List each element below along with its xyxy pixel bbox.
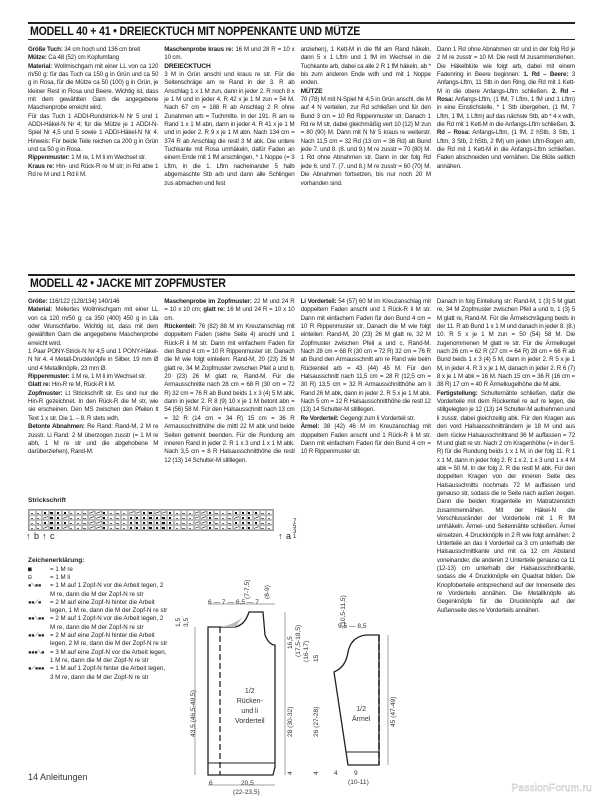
chart-cell: [36, 525, 43, 530]
chart-cell: [233, 525, 240, 530]
legend-title: Zeichenerklärung:: [28, 557, 168, 565]
subheading-dreiecktuch: DREIECKTUCH: [164, 63, 294, 71]
chart-cell: [88, 525, 95, 530]
chart-title: Strickschrift: [28, 497, 318, 504]
text-back: 76 (82) 88 M im Kreuzanschlag mit doppel…: [164, 323, 294, 464]
chart-cell: [167, 525, 174, 530]
text-dreiecktuch: 3 M in Grün anschl und kraus re str. Für…: [164, 71, 294, 188]
chart-cell: [95, 525, 102, 530]
section-title: MODELL 42 • JACKE MIT ZOPFMUSTER: [30, 278, 531, 290]
sleeve-outline-icon: [326, 587, 466, 797]
body-extra-h-alt: (16-17): [303, 641, 310, 662]
arrow-up-icon: ↑: [42, 531, 47, 541]
knit-stitch-icon: ■: [28, 566, 50, 574]
text-stockinette: Hin-R re M, Rück-R li M.: [50, 381, 115, 388]
chart-cell: [214, 525, 221, 530]
arrow-label-b: b: [34, 531, 39, 541]
section-title: MODELL 40 + 41 • DREIECKTUCH MIT NOPPENK…: [30, 26, 531, 38]
watermark: PassionForum.ru: [511, 783, 592, 794]
cable-1-3-back-icon: ▪⟋▪▪▪: [28, 665, 50, 682]
section1-col2: Maschenprobe kraus re: 16 M und 28 R = 1…: [164, 46, 294, 274]
legend-item: ▪▪⟋▪= 2 M auf eine Zopf-N hinter die Arb…: [28, 599, 168, 616]
schematic-body: 1/2 Rücken- und li Vorderteil 6 — 7 — 6,…: [173, 587, 323, 797]
text-sleeve: 38 (42) 46 M im Kreuzanschlag mit doppel…: [301, 423, 431, 455]
sleeve-top: 9,5 — 8,5: [338, 623, 367, 630]
text-rib: 1 M re, 1 M li im Wechsel str.: [70, 373, 146, 380]
label-right-front: Re Vorderteil:: [301, 415, 339, 422]
chart-cell: [200, 525, 207, 530]
section1-col4: Dann 1 Rd ohne Abnahmen str und in der f…: [437, 46, 575, 274]
chart-cell: [194, 525, 201, 530]
cable-2-2-front-icon: ▪▪⟍▪▪: [28, 615, 50, 632]
chart-cell: [174, 525, 181, 530]
chart-cell: [187, 525, 194, 530]
label-gauge-stockinette: glatt re:: [203, 306, 225, 313]
label-cable: Zopfmuster:: [28, 390, 62, 397]
body-label: 1/2 Rücken- und li Vorderteil: [235, 687, 265, 727]
cable-3-1-front-icon: ▪▪▪⟍▪: [28, 649, 50, 666]
body-extra-h3: 4: [313, 771, 320, 775]
label-gauge: Maschenprobe kraus re:: [164, 46, 233, 53]
section2-col3: Li Vorderteil: 54 (57) 60 M im Kreuzansc…: [301, 298, 431, 615]
arrow-label-a: a: [286, 531, 291, 541]
text-size: 116/122 (128/134) 140/146: [47, 298, 119, 305]
chart-cell: [49, 525, 56, 530]
subheading-muetze: MÜTZE: [301, 88, 431, 96]
text-right-front: Gegengl zum li Vorderteil str.: [339, 415, 415, 422]
chart-cell: [266, 525, 273, 530]
chart-cell: [247, 525, 254, 530]
text-needles: 1 Paar PONY-Strick-N Nr 4,5 und 1 PONY-H…: [28, 348, 158, 372]
sleeve-label: 1/2 Ärmel: [352, 705, 370, 725]
text-left-front: 54 (57) 60 M im Kreuzanschlag mit doppel…: [301, 298, 431, 413]
label-material: Material:: [28, 306, 52, 313]
legend-item: ▪▪▪⟍▪= 3 M auf eine Zopf-N vor die Arbei…: [28, 649, 168, 666]
body-right-h1-alt: (17,5-18,5): [295, 625, 302, 657]
text-edge: anziehen), 1 Kett-M in die fM am Rand hä…: [301, 46, 431, 88]
body-top-alt1: (7-7,5): [244, 580, 251, 599]
chart-cell: [135, 525, 142, 530]
chart-cell: [253, 525, 260, 530]
body-top-widths: 6 — 7 — 6,5 — 7: [208, 599, 259, 606]
chart-cell: [240, 525, 247, 530]
section2-col4: Danach in folg Einteilung str: Rand-M, 1…: [437, 298, 575, 615]
purl-stitch-icon: ⊟: [28, 574, 50, 582]
label-round1: 1. Rd – Beere:: [523, 71, 568, 78]
body-right-h2: 28 (30-32): [287, 707, 294, 737]
cable-1-2-front-icon: ▪⟍▪▪: [28, 582, 50, 599]
chart-cell: [115, 525, 122, 530]
legend-item: ⊟= 1 M li: [28, 574, 168, 582]
label-sleeve: Ärmel:: [301, 423, 320, 430]
page-footer: 14 Anleitungen: [28, 772, 88, 782]
section1-col1: Größe Tuch: 34 cm hoch und 136 cm breit …: [28, 46, 158, 274]
label-rib: Rippenmuster:: [28, 154, 70, 161]
label-back: Rückenteil:: [164, 323, 196, 330]
arrow-up-icon: ↑: [26, 531, 31, 541]
chart-cell: [75, 525, 82, 530]
text-rib: 1 M re, 1 M li im Wechsel str.: [70, 154, 146, 161]
text-finishing: Schulternähte schließen, dafür die Vorde…: [437, 390, 575, 614]
body-right-h3: 4: [287, 771, 294, 775]
body-left-top1: 1,5: [175, 618, 182, 627]
label-finishing: Fertigstellung:: [437, 390, 478, 397]
legend-item: ▪⟍▪▪= 1 M auf 1 Zopf-N vor die Arbeit le…: [28, 582, 168, 599]
chart-cell: [260, 525, 267, 530]
cable-2-1-back-icon: ▪▪⟋▪: [28, 599, 50, 616]
label-hat: Mütze:: [28, 54, 47, 61]
body-extra-h: 15: [313, 655, 320, 662]
chart-cell: [55, 525, 62, 530]
chart-cell: [148, 525, 155, 530]
section1-col3: anziehen), 1 Kett-M in die fM am Rand hä…: [301, 46, 431, 274]
arrow-up-icon: ↑: [278, 531, 283, 541]
chart-cell: [220, 525, 227, 530]
body-extra-h2: 26 (27-28): [313, 707, 320, 737]
chart-legend: Zeichenerklärung: ■= 1 M re ⊟= 1 M li ▪⟍…: [28, 557, 168, 681]
label-size: Größe:: [28, 298, 47, 305]
sleeve-bottom-left: 4: [334, 770, 338, 777]
chart-cell: [42, 525, 49, 530]
section-header-modell-42: MODELL 42 • JACKE MIT ZOPFMUSTER: [28, 274, 575, 292]
body-left-height: 43,5 (46,5-49,5): [190, 690, 197, 737]
arrow-label-c: c: [50, 531, 55, 541]
chart-cell: [108, 525, 115, 530]
label-rib: Rippenmuster:: [28, 373, 70, 380]
knitting-chart-grid: [28, 509, 274, 531]
chart-cell: [62, 525, 69, 530]
section-header-modell-40-41: MODELL 40 + 41 • DREIECKTUCH MIT NOPPENK…: [28, 22, 575, 40]
sleeve-bottom: 9: [354, 770, 358, 777]
chart-arrows: ↑ b ↑ c ↑ a: [28, 531, 318, 545]
chart-cell: [69, 525, 76, 530]
legend-item: ■= 1 M re: [28, 566, 168, 574]
chart-cell: [82, 525, 89, 530]
chart-cell: [154, 525, 161, 530]
legend-item: ▪▪⟍▪▪= 2 M auf 1 Zopf-N vor die Arbeit l…: [28, 615, 168, 632]
label-gauge-cable: Maschenprobe im Zopfmuster:: [164, 298, 251, 305]
text-hat: Ca 48 (52) cm Kopfumfang: [47, 54, 119, 61]
cable-2-2-back-icon: ▪▪⟋▪▪: [28, 632, 50, 649]
label-decreases: Betonte Abnahmen:: [28, 423, 85, 430]
body-left-top2: 3,5: [183, 618, 190, 627]
label-stockinette: Glatt re:: [28, 381, 50, 388]
chart-cell: [141, 525, 148, 530]
body-top-alt2: (8-9): [264, 585, 271, 599]
chart-cell: [128, 525, 135, 530]
sleeve-bottom-alt: (10-11): [348, 779, 369, 786]
schematic-sleeve: 1/2 Ärmel (10,5-11,5) 9,5 — 8,5 45 (47-4…: [326, 587, 466, 797]
body-bottom2: 20,5: [241, 780, 254, 787]
page: MODELL 40 + 41 • DREIECKTUCH MIT NOPPENK…: [28, 22, 575, 615]
chart-cell: [121, 525, 128, 530]
text-muetze: 70 (78) M mit N-Spiel Nr 4,5 in Grün ans…: [301, 96, 431, 188]
text-round2: Anfangs-Lftm, (1 fM, 7 Lftm, 1 fM und 1 …: [437, 96, 575, 128]
label-material: Material:: [28, 63, 52, 70]
body-right-h1: 16,5: [287, 636, 294, 649]
chart-cell: [181, 525, 188, 530]
text-sleeve-cont: Danach in folg Einteilung str: Rand-M, 1…: [437, 298, 575, 388]
chart-cell: [29, 525, 36, 530]
label-garter: Kraus re:: [28, 163, 54, 170]
chart-cell: [207, 525, 214, 530]
body-bottom-alt: (22-23,5): [233, 789, 260, 796]
chart-cell: [227, 525, 234, 530]
label-left-front: Li Vorderteil:: [301, 298, 337, 305]
text-needles: Für das Tuch 1 ADDI-Rundstrick-N Nr 5 un…: [28, 113, 158, 153]
chart-cell: [102, 525, 109, 530]
sleeve-right-height: 45 (47-49): [390, 697, 397, 727]
label-size: Größe Tuch:: [28, 46, 63, 53]
chart-cell: [161, 525, 168, 530]
text-size: 34 cm hoch und 136 cm breit: [63, 46, 140, 53]
legend-item: ▪▪⟋▪▪= 2 M auf eine Zopf-N hinter die Ar…: [28, 632, 168, 649]
legend-item: ▪⟋▪▪▪= 1 M auf 1 Zopf-N hinter die Arbei…: [28, 665, 168, 682]
section1-columns: Größe Tuch: 34 cm hoch und 136 cm breit …: [28, 46, 575, 274]
body-bottom1: 6: [209, 780, 213, 787]
